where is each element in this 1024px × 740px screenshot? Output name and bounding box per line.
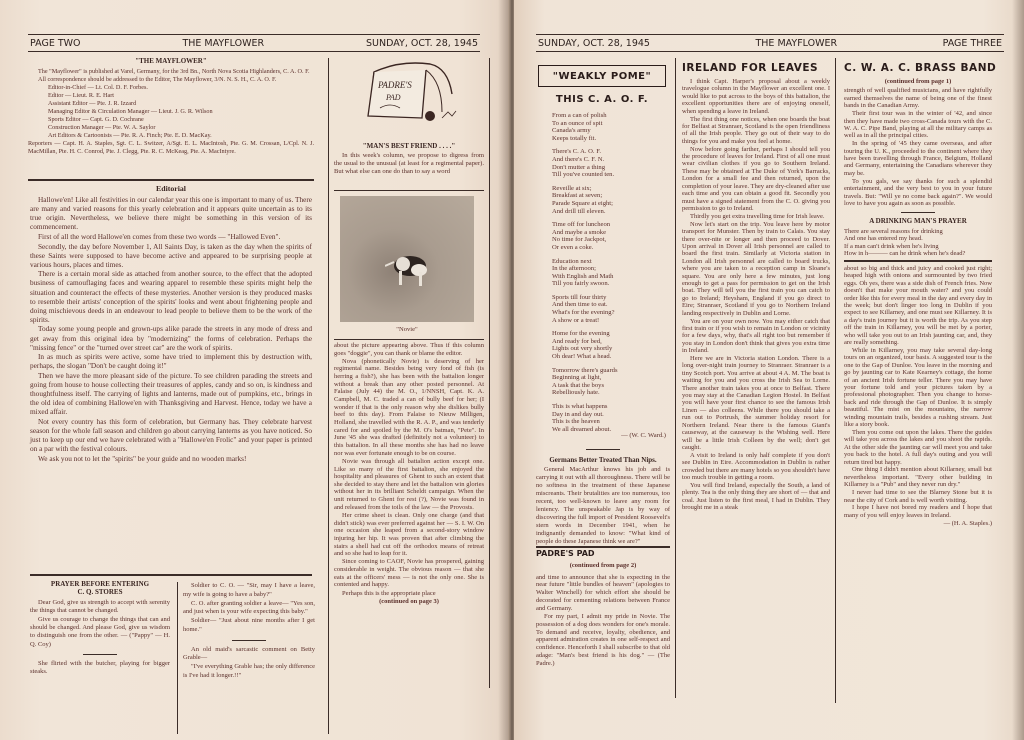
masthead-line: All correspondence should be addressed t… [28,76,314,84]
paragraph: The first thing one notices, when one bo… [682,116,830,146]
masthead-line: Reporters — Capt. H. A. Staples, Sgt. C.… [28,140,314,155]
issue-date: SUNDAY, OCT. 28, 1945 [366,38,478,49]
poem-line: This is what happens [552,403,672,411]
paragraph: Today some young people and grown-ups al… [30,324,312,351]
paragraph: For my part, I admit my pride in Novie. … [536,613,670,668]
column-rule [675,58,676,698]
paragraph: She flirted with the butcher, playing fo… [30,660,170,677]
paragraph: Then we have the more pleasant side of t… [30,371,312,416]
prayer-subtitle: C. Q. STORES [30,588,170,596]
masthead-line: Editor-in-Chief — Lt. Col. D. F. Forbes. [28,84,314,92]
poem-line: Tomorrow there's guards [552,367,672,375]
poem-stanza: Education nextIn the afternoon;With Engl… [552,258,672,288]
prayer-title: PRAYER BEFORE ENTERING [30,580,170,588]
prayer-column: PRAYER BEFORE ENTERING C. Q. STORES Dear… [30,580,170,677]
masthead-line: Construction Manager — Pte. W. A. Saylor [28,124,314,132]
padres-pad-intro: "MAN'S BEST FRIEND . . . ." In this week… [334,142,484,177]
paragraph: I think Capt. Harper's proposal about a … [682,78,830,115]
poem-box-title: "WEAKLY POME" [553,71,651,82]
paragraph: In this week's column, we propose to dig… [334,152,484,176]
poem-line: Rebelliously hate. [552,389,672,397]
continued-note: (continued from page 1) [844,78,992,85]
poem-line: Reveille at six; [552,185,672,193]
poem-line: Lights out very shortly [552,345,672,353]
poem-stanza: Reveille at six;Breakfast at seven;Parad… [552,185,672,215]
drinking-prayer-title: A DRINKING MAN'S PRAYER [844,218,992,225]
poem-stanza: Home for the eveningAnd ready for bed,Li… [552,330,672,360]
paragraph: C. O. after granting soldier a leave— "Y… [183,600,315,617]
paragraph: "I've everything Grable has; the only di… [183,663,315,680]
poem-line: From a can of polish [552,112,672,120]
poem-line: Breakfast at seven; [552,192,672,200]
paragraph: Their first tour was in the winter of '4… [844,110,992,140]
cwac-article: (continued from page 1) strength of well… [844,78,992,527]
divider [844,260,992,262]
editorial: Editorial Hallowe'en! Like all festiviti… [30,184,312,463]
paragraph: strength of well qualified musicians, an… [844,87,992,109]
ireland-title: IRELAND FOR LEAVES [682,62,818,74]
padres-pad-body: about the picture appearing above. Thus … [334,342,484,605]
poem-line: To an ounce of spit [552,120,672,128]
paragraph: Now let's start on the trip. You leave h… [682,221,830,317]
svg-text:PADRE'S: PADRE'S [377,80,412,90]
column-rule [835,58,836,703]
poem-line: And maybe a smoke [552,229,672,237]
poem-stanza: Time off for luncheonAnd maybe a smokeNo… [552,221,672,251]
page-number: PAGE TWO [30,38,81,49]
page-two: PAGE TWO THE MAYFLOWER SUNDAY, OCT. 28, … [0,0,510,740]
masthead-line: The "Mayflower" is published at Varel, G… [28,68,314,76]
paragraph: Thirdly you get extra travelling time fo… [682,213,830,220]
poem-line: Sports till four thirty [552,294,672,302]
poem-line: Canada's army [552,127,672,135]
paragraph: You are on your own now. You may either … [682,318,830,355]
paragraph: An old maid's sarcastic comment on Betty… [183,646,315,663]
poem-line: And then time to eat. [552,301,672,309]
paragraph: Hallowe'en! Like all festivities in our … [30,195,312,231]
divider [334,190,484,191]
divider [334,339,484,340]
poem-line: Parade Square at eight; [552,200,672,208]
paragraph: Then you come out upon the lakes. There … [844,429,992,466]
poem-line: And drill till eleven. [552,208,672,216]
divider [586,449,620,450]
masthead-line: Managing Editor & Circulation Manager — … [28,108,314,116]
paragraph: Now before going farther, perhaps I shou… [682,146,830,213]
poem-stanza: From a can of polishTo an ounce of spitC… [552,112,672,142]
poem-line: There's C. A. O. F. [552,148,672,156]
ireland-article: I think Capt. Harper's proposal about a … [682,78,830,512]
padres-pad-cartoon-icon: PADRE'S PAD [360,54,460,126]
paragraph: First of all the word Hallowe'en comes f… [30,232,312,241]
poem-author: — (W. C. Ward.) [552,432,666,440]
column-rule [177,582,178,734]
masthead-line: Editor — Lieut. R. E. Hart [28,92,314,100]
poem-line: Day in and day out. [552,411,672,419]
page-three: SUNDAY, OCT. 28, 1945 THE MAYFLOWER PAGE… [514,0,1024,740]
running-header-right: SUNDAY, OCT. 28, 1945 THE MAYFLOWER PAGE… [536,34,1004,52]
paragraph: and time to announce that she is expecti… [536,574,670,613]
paragraph: Secondly, the day before November 1, All… [30,242,312,269]
paragraph: While in Killarney, you may take several… [844,347,992,428]
paragraph: Soldier— "Just about nine months after I… [183,617,315,634]
article-author: — (H. A. Staples.) [844,520,992,527]
paragraph: To you gals, we say thanks for such a sp… [844,178,992,208]
paragraph: Give us courage to change the things tha… [30,616,170,649]
paragraph: Dear God, give us strength to accept wit… [30,599,170,616]
paragraph: There is a certain moral side as attache… [30,269,312,324]
column-rule [489,58,490,688]
poem-line: And there's C. F. N. [552,156,672,164]
poem-line: With English and Math [552,273,672,281]
paragraph: General MacArthur knows his job and is c… [536,466,670,546]
paragraph: Since coming to CAOF, Novie has prospere… [334,558,484,589]
masthead-line: Sports Editor — Capt. G. D. Cochrane [28,116,314,124]
jokes-column: Soldier to C. O. — "Sir, may I have a le… [183,582,315,681]
poem-line: Till you've counted ten. [552,171,672,179]
newspaper-title: THE MAYFLOWER [182,38,264,49]
padres-pad-cont-title: PADRE'S PAD [536,550,670,558]
divider [901,212,935,213]
cwac-title: C. W. A. C. BRASS BAND [844,62,996,74]
poem-line: Oh dear! What a head. [552,353,672,361]
paragraph: Perhaps this is the appropriate place [334,590,484,598]
poem-line: What's for the evening? [552,309,672,317]
paragraph: I hope I have not bored my readers and I… [844,504,992,519]
divider [30,574,312,576]
dog-photo [340,196,474,322]
paragraph: We ask you not to let the "spirits" be y… [30,454,312,463]
paragraph: about so big and thick and juicy and coo… [844,265,992,346]
divider [232,640,266,641]
masthead-box: "THE MAYFLOWER" The "Mayflower" is publi… [28,58,314,156]
masthead-line: Assistant Editor — Pte. J. R. Izzard [28,100,314,108]
divider [28,179,314,181]
paragraph: Here we are in Victoria station London. … [682,355,830,451]
poem-line: No time for Jackpot, [552,236,672,244]
paragraph: In the spring of '45 they came overseas,… [844,140,992,177]
paragraph: In as much as spirits were active, some … [30,352,312,370]
poem-stanza: Tomorrow there's guardsBeginning at ligh… [552,367,672,397]
column-rule [328,58,329,734]
poem-stanza: This is what happensDay in and day out.T… [552,403,672,433]
paragraph: A visit to Ireland is only half complete… [682,452,830,482]
newspaper-title: THE MAYFLOWER [755,38,837,49]
poem-line: Beginning at light, [552,374,672,382]
page-edge-shadow [1012,0,1024,740]
running-header-left: PAGE TWO THE MAYFLOWER SUNDAY, OCT. 28, … [28,34,480,52]
poem-stanza: Sports till four thirtyAnd then time to … [552,294,672,324]
verse-line: How in h——— can he drink when he's dead? [844,250,992,257]
paragraph: One thing I didn't mention about Killarn… [844,466,992,488]
issue-date: SUNDAY, OCT. 28, 1945 [538,38,650,49]
divider [536,546,670,548]
paragraph: Not every country has this form of celeb… [30,417,312,453]
photo-caption: "Novie" [340,326,474,334]
masthead-title: "THE MAYFLOWER" [28,58,314,66]
poem-stanza: There's C. A. O. F.And there's C. F. N.D… [552,148,672,178]
paragraph: about the picture appearing above. Thus … [334,342,484,357]
poem-line: This is the heaven [552,418,672,426]
poem-line: Or even a coke. [552,244,672,252]
poem-line: Till you fairly swoon. [552,280,672,288]
poem-line: A show or a treat! [552,317,672,325]
verse-line: There are several reasons for drinking [844,228,992,235]
divider [83,654,117,655]
verse-line: If a man can't drink when he's living [844,243,992,250]
svg-text:PAD: PAD [385,93,401,102]
poem-body: From a can of polishTo an ounce of spitC… [552,112,672,439]
germans-article: Germans Better Treated Than Nips. Genera… [536,456,670,547]
padres-pad-continued: PADRE'S PAD (continued from page 2) and … [536,550,670,668]
germans-title: Germans Better Treated Than Nips. [536,456,670,464]
poem-line: In the afternoon; [552,265,672,273]
paragraph: You will find Ireland, especially the So… [682,482,830,512]
poem-line: Time off for luncheon [552,221,672,229]
paragraph: Novie was through all battalion action e… [334,458,484,512]
editorial-title: Editorial [30,184,312,193]
poem-line: Don't mutter a thing [552,164,672,172]
paragraph: I never had time to see the Blarney Ston… [844,489,992,504]
paragraph: Her crime sheet is clean. Only one charg… [334,512,484,558]
continued-note: (continued from page 2) [536,562,670,570]
poem-line: A task that the boys [552,382,672,390]
padres-pad-title: "MAN'S BEST FRIEND . . . ." [334,142,484,150]
dog-photo-icon [385,246,435,291]
paragraph: Soldier to C. O. — "Sir, may I have a le… [183,582,315,599]
masthead-line: Art Editors & Cartoonists — Pte. R. A. F… [28,132,314,140]
continued-note: (continued on page 3) [334,598,484,606]
poem-line: Keeps totally fit. [552,135,672,143]
poem-title: THIS C. A. O. F. [538,94,666,105]
poem-line: And ready for bed, [552,338,672,346]
weakly-pome-box: "WEAKLY POME" [538,65,666,87]
page-number: PAGE THREE [943,38,1002,49]
paragraph: Nova (phonetically Novie) is deserving o… [334,358,484,458]
verse-line: And one has entered my head. [844,235,992,242]
poem-line: Education next [552,258,672,266]
poem-line: Home for the evening [552,330,672,338]
